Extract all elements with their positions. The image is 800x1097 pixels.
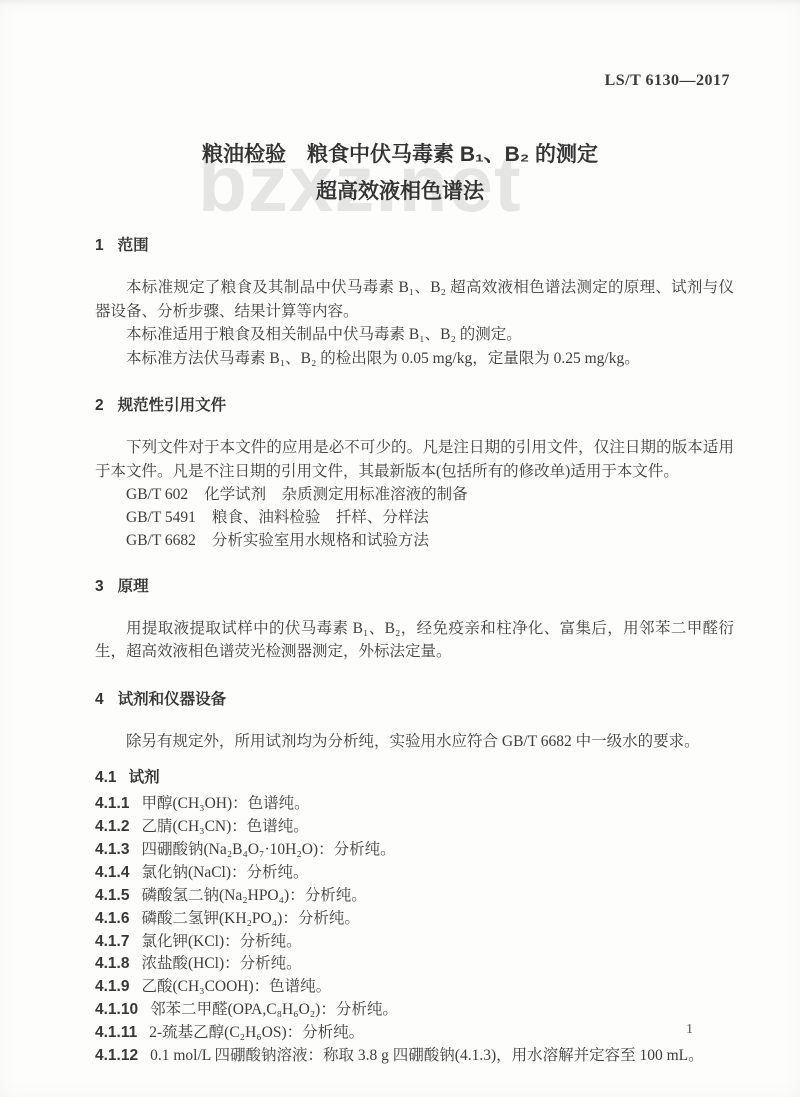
reagent-item-text: 磷酸氢二钠(Na₂HPO₄)：分析纯。 (141, 887, 366, 904)
reagent-item-number: 4.1.1 (95, 795, 129, 812)
reference-code: GB/T 602 (126, 486, 188, 503)
section-4-paragraph-1: 除另有规定外，所用试剂均为分析纯，实验用水应符合 GB/T 6682 中一级水的… (95, 730, 734, 754)
section-2-heading: 2规范性引用文件 (95, 397, 734, 415)
section-1-heading: 1范围 (95, 237, 734, 255)
reagent-item: 4.1.5磷酸氢二钠(Na₂HPO₄)：分析纯。 (95, 885, 734, 908)
document-page: LS/T 6130—2017 bzxz.net 粮油检验 粮食中伏马毒素 B₁、… (0, 0, 800, 1097)
reagent-item-text: 乙腈(CH₃CN)：色谱纯。 (141, 818, 308, 835)
reference-title: 分析实验室用水规格和试验方法 (212, 532, 429, 549)
section-3-heading: 3原理 (95, 578, 734, 596)
reference-item: GB/T 602化学试剂 杂质测定用标准溶液的制备 (95, 483, 734, 506)
reagent-item: 4.1.3四硼酸钠(Na₂B₄O₇·10H₂O)：分析纯。 (95, 839, 734, 862)
reagent-item-number: 4.1.8 (95, 955, 129, 972)
reagent-item: 4.1.2乙腈(CH₃CN)：色谱纯。 (95, 816, 734, 839)
reagent-item: 4.1.1甲醇(CH₃OH)：色谱纯。 (95, 793, 734, 816)
reagent-item: 4.1.8浓盐酸(HCl)：分析纯。 (95, 953, 734, 976)
section-label: 原理 (118, 578, 149, 595)
reagent-item-number: 4.1.6 (95, 910, 129, 927)
reagent-item-text: 邻苯二甲醛(OPA,C₈H₆O₂)：分析纯。 (150, 1001, 398, 1018)
reference-item: GB/T 6682分析实验室用水规格和试验方法 (95, 529, 734, 552)
reference-code: GB/T 6682 (126, 532, 196, 549)
reagent-item-text: 2-巯基乙醇(C₂H₆OS)：分析纯。 (149, 1024, 364, 1041)
reagent-item: 4.1.7氯化钾(KCl)：分析纯。 (95, 931, 734, 954)
reagent-item-text: 氯化钾(KCl)：分析纯。 (141, 933, 301, 950)
reference-title: 化学试剂 杂质测定用标准溶液的制备 (204, 486, 468, 503)
section-label: 范围 (118, 237, 149, 254)
reagent-item-text: 0.1 mol/L 四硼酸钠溶液：称取 3.8 g 四硼酸钠(4.1.3)，用水… (150, 1047, 704, 1064)
reagent-item-number: 4.1.5 (95, 887, 129, 904)
title-line-1: 粮油检验 粮食中伏马毒素 B₁、B₂ 的测定 (0, 136, 800, 173)
section-4-heading: 4试剂和仪器设备 (95, 691, 734, 709)
document-title: 粮油检验 粮食中伏马毒素 B₁、B₂ 的测定 超高效液相色谱法 (0, 136, 800, 210)
reagent-item-number: 4.1.4 (95, 864, 129, 881)
reagent-item-number: 4.1.12 (95, 1047, 138, 1064)
section-number: 4 (95, 691, 104, 708)
subsection-number: 4.1 (95, 769, 117, 786)
reagent-item: 4.1.10邻苯二甲醛(OPA,C₈H₆O₂)：分析纯。 (95, 999, 734, 1022)
section-2-paragraph-1: 下列文件对于本文件的应用是必不可少的。凡是注日期的引用文件，仅注日期的版本适用于… (95, 436, 734, 483)
reagent-item-number: 4.1.7 (95, 933, 129, 950)
section-1-paragraph-3: 本标准方法伏马毒素 B₁、B₂ 的检出限为 0.05 mg/kg，定量限为 0.… (95, 347, 734, 371)
reagent-item-text: 磷酸二氢钾(KH₂PO₄)：分析纯。 (141, 910, 359, 927)
section-number: 1 (95, 237, 104, 254)
reference-item: GB/T 5491粮食、油料检验 扦样、分样法 (95, 506, 734, 529)
reagent-item-text: 甲醇(CH₃OH)：色谱纯。 (141, 795, 309, 812)
section-1-paragraph-2: 本标准适用于粮食及相关制品中伏马毒素 B₁、B₂ 的测定。 (95, 323, 734, 347)
reagent-item: 4.1.6磷酸二氢钾(KH₂PO₄)：分析纯。 (95, 908, 734, 931)
section-label: 规范性引用文件 (118, 397, 227, 414)
reagent-item: 4.1.4氯化钠(NaCl)：分析纯。 (95, 862, 734, 885)
section-3-paragraph-1: 用提取液提取试样中的伏马毒素 B₁、B₂，经免疫亲和柱净化、富集后，用邻苯二甲醛… (95, 617, 734, 664)
reagent-item-text: 乙酸(CH₃COOH)：色谱纯。 (141, 978, 331, 995)
reagent-item-number: 4.1.9 (95, 978, 129, 995)
page-number: 1 (686, 1022, 693, 1038)
reagent-item-text: 浓盐酸(HCl)：分析纯。 (141, 955, 301, 972)
reagent-item: 4.1.112-巯基乙醇(C₂H₆OS)：分析纯。 (95, 1022, 734, 1045)
reagent-item: 4.1.9乙酸(CH₃COOH)：色谱纯。 (95, 976, 734, 999)
reagent-item-number: 4.1.10 (95, 1001, 138, 1018)
section-label: 试剂和仪器设备 (118, 691, 227, 708)
section-number: 3 (95, 578, 104, 595)
reference-code: GB/T 5491 (126, 509, 196, 526)
subsection-4-1-heading: 4.1试剂 (95, 765, 734, 787)
subsection-label: 试剂 (129, 769, 160, 786)
section-number: 2 (95, 397, 104, 414)
standard-code: LS/T 6130—2017 (605, 72, 730, 90)
reagent-item: 4.1.120.1 mol/L 四硼酸钠溶液：称取 3.8 g 四硼酸钠(4.1… (95, 1045, 734, 1068)
reagent-item-number: 4.1.3 (95, 841, 129, 858)
reagent-item-number: 4.1.11 (95, 1024, 137, 1041)
reagent-item-text: 四硼酸钠(Na₂B₄O₇·10H₂O)：分析纯。 (141, 841, 395, 858)
reagent-item-text: 氯化钠(NaCl)：分析纯。 (141, 864, 308, 881)
reagent-item-number: 4.1.2 (95, 818, 129, 835)
reference-title: 粮食、油料检验 扦样、分样法 (212, 509, 429, 526)
title-line-2: 超高效液相色谱法 (0, 173, 800, 210)
section-1-paragraph-1: 本标准规定了粮食及其制品中伏马毒素 B₁、B₂ 超高效液相色谱法测定的原理、试剂… (95, 276, 734, 323)
document-body: 1范围 本标准规定了粮食及其制品中伏马毒素 B₁、B₂ 超高效液相色谱法测定的原… (95, 237, 734, 1068)
